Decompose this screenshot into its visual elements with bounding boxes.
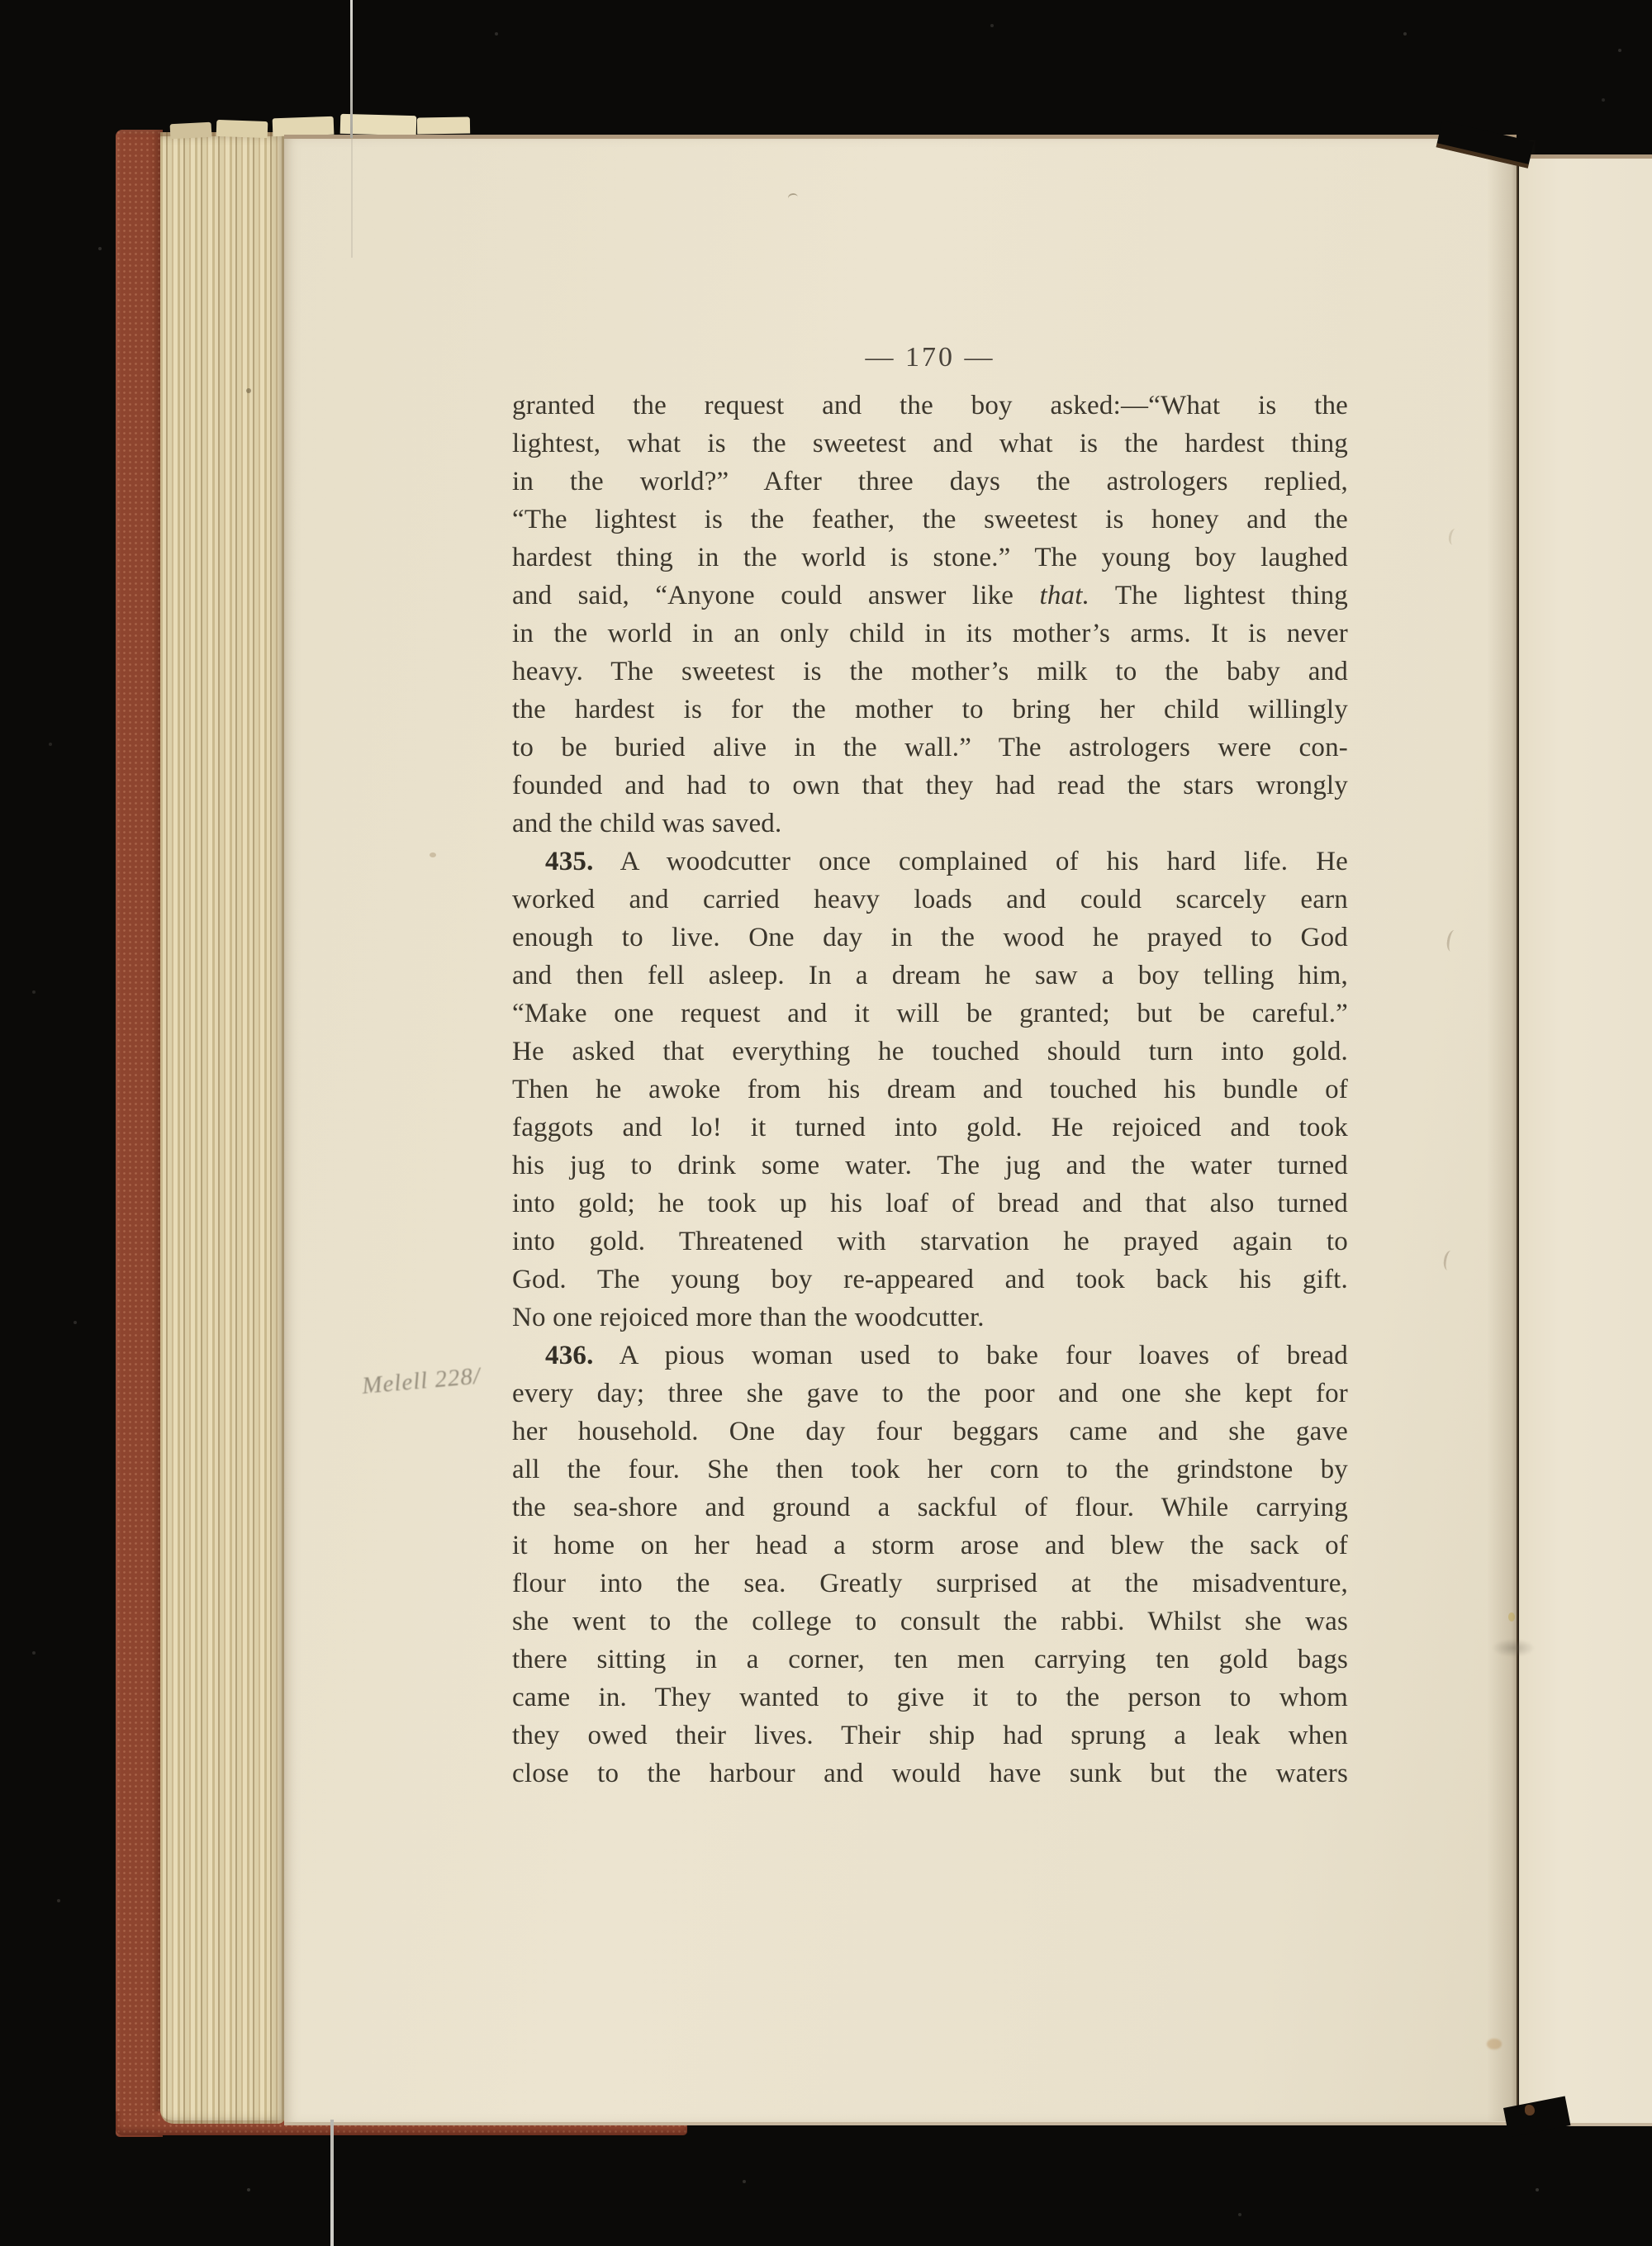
- text-line: worked and carried heavy loads and could…: [512, 881, 1348, 919]
- text-line: it home on her head a storm arose and bl…: [512, 1527, 1348, 1565]
- holding-string-bottom: [330, 2120, 334, 2246]
- text-line: they owed their lives. Their ship had sp…: [512, 1717, 1348, 1755]
- page-edge-tuft: [1525, 2105, 1535, 2115]
- book-cover-spine-edge: [116, 130, 163, 2137]
- text-line: heavy. The sweetest is the mother’s milk…: [512, 653, 1348, 691]
- holding-string-top: [350, 0, 353, 138]
- page-corner: [273, 116, 335, 137]
- text-line: came in. They wanted to give it to the p…: [512, 1679, 1348, 1717]
- gutter-speck: [1508, 1612, 1515, 1622]
- text-line: her household. One day four beggars came…: [512, 1413, 1348, 1451]
- text-line: his jug to drink some water. The jug and…: [512, 1147, 1348, 1185]
- pencil-smudge: [1483, 1636, 1543, 1660]
- gutter-crease: [1517, 157, 1518, 2118]
- text-line: there sitting in a corner, ten men carry…: [512, 1641, 1348, 1679]
- text-line: founded and had to own that they had rea…: [512, 767, 1348, 805]
- text-line: He asked that everything he touched shou…: [512, 1033, 1348, 1071]
- text-line: she went to the college to consult the r…: [512, 1603, 1348, 1641]
- text-line: in the world?” After three days the astr…: [512, 463, 1348, 501]
- foxing-spot: [430, 852, 436, 857]
- text-line: and said, “Anyone could answer like that…: [512, 577, 1348, 615]
- page-stack-fore-edge: [160, 132, 286, 2124]
- text-line: the hardest is for the mother to bring h…: [512, 691, 1348, 729]
- book-photograph: — 170 — granted the request and the boy …: [0, 0, 1652, 2246]
- text-line: all the four. She then took her corn to …: [512, 1451, 1348, 1489]
- text-line: in the world in an only child in its mot…: [512, 615, 1348, 653]
- page-number: — 170 —: [512, 342, 1348, 373]
- text-line: hardest thing in the world is stone.” Th…: [512, 539, 1348, 577]
- text-line: close to the harbour and would have sunk…: [512, 1755, 1348, 1793]
- text-line: “The lightest is the feather, the sweete…: [512, 501, 1348, 539]
- page-corner: [216, 120, 268, 138]
- text-line: 435. A woodcutter once complained of his…: [512, 843, 1348, 881]
- facing-page-sliver: [1519, 154, 1652, 2126]
- holding-string-faint: [351, 138, 353, 258]
- text-line: and the child was saved.: [512, 805, 1348, 843]
- foxing-spot: [1487, 2039, 1502, 2049]
- text-line: and then fell asleep. In a dream he saw …: [512, 957, 1348, 995]
- text-line: into gold; he took up his loaf of bread …: [512, 1185, 1348, 1223]
- text-line: faggots and lo! it turned into gold. He …: [512, 1109, 1348, 1147]
- text-line: No one rejoiced more than the woodcutter…: [512, 1299, 1348, 1337]
- text-block: granted the request and the boy asked:—“…: [512, 387, 1348, 1793]
- text-line: flour into the sea. Greatly surprised at…: [512, 1565, 1348, 1603]
- text-line: enough to live. One day in the wood he p…: [512, 919, 1348, 957]
- page-corner: [417, 116, 470, 134]
- text-line: lightest, what is the sweetest and what …: [512, 425, 1348, 463]
- text-line: Then he awoke from his dream and touched…: [512, 1071, 1348, 1109]
- text-line: to be buried alive in the wall.” The ast…: [512, 729, 1348, 767]
- text-line: God. The young boy re-appeared and took …: [512, 1261, 1348, 1299]
- page-corner: [170, 122, 212, 140]
- text-line: the sea-shore and ground a sackful of fl…: [512, 1489, 1348, 1527]
- foxing-spot: [246, 388, 251, 393]
- background-dust: [0, 0, 2, 2]
- text-line: granted the request and the boy asked:—“…: [512, 387, 1348, 425]
- text-line: 436. A pious woman used to bake four loa…: [512, 1337, 1348, 1375]
- text-line: into gold. Threatened with starvation he…: [512, 1223, 1348, 1261]
- text-line: “Make one request and it will be granted…: [512, 995, 1348, 1033]
- text-line: every day; three she gave to the poor an…: [512, 1375, 1348, 1413]
